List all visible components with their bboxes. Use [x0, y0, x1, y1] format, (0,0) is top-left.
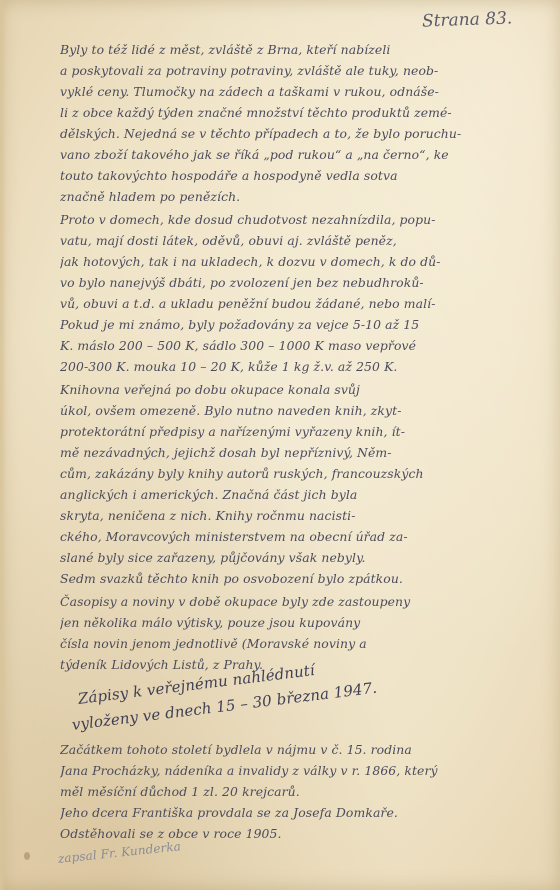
text-line: li z obce každý týden značné množství tě… [60, 105, 538, 120]
text-line: protektorátní předpisy a nařízenými vyřa… [60, 424, 538, 439]
text-line: touto takovýchto hospodáře a hospodyně v… [60, 168, 538, 183]
text-line: Časopisy a noviny v době okupace byly zd… [60, 594, 538, 609]
text-line: 200-300 K. mouka 10 – 20 K, kůže 1 kg ž.… [60, 359, 538, 374]
text-line: vů, obuvi a t.d. a ukladu peněžní budou … [60, 296, 538, 311]
text-line: K. máslo 200 – 500 K, sádlo 300 – 1000 K… [60, 338, 538, 353]
text-line: vano zboží takového jak se říká „pod ruk… [60, 147, 538, 162]
text-line: slané byly sice zařazeny, půjčovány však… [60, 550, 538, 565]
text-line: úkol, ovšem omezeně. Bylo nutno naveden … [60, 403, 538, 418]
text-line: skryta, neničena z nich. Knihy ročnmu na… [60, 508, 538, 523]
text-line: Pokud je mi známo, byly požadovány za ve… [60, 317, 538, 332]
text-line: Byly to též lidé z měst, zvláště z Brna,… [60, 42, 538, 57]
text-line: mě nezávadných, jejichž dosah byl nepříz… [60, 445, 538, 460]
text-line: Začátkem tohoto století bydlela v nájmu … [60, 742, 538, 757]
text-line: Jana Procházky, nádeníka a invalidy z vá… [60, 763, 538, 778]
page-number: Strana 83. [421, 8, 512, 31]
text-line: Proto v domech, kde dosud chudotvost nez… [60, 212, 538, 227]
text-line: Sedm svazků těchto knih po osvobození by… [60, 571, 538, 586]
text-line: cům, zakázány byly knihy autorů ruských,… [60, 466, 538, 481]
paper-stain [24, 852, 30, 860]
chronicle-page: Strana 83. Byly to též lidé z měst, zvlá… [0, 0, 560, 890]
text-line: vo bylo nanejvýš dbáti, po zvolození jen… [60, 275, 538, 290]
text-line: a poskytovali za potraviny potraviny, zv… [60, 63, 538, 78]
text-line: vatu, mají dosti látek, oděvů, obuvi aj.… [60, 233, 538, 248]
text-line: měl měsíční důchod 1 zl. 20 krejcarů. [60, 784, 538, 799]
text-line: Knihovna veřejná po dobu okupace konala … [60, 382, 538, 397]
text-line: vyklé ceny. Tlumočky na zádech a taškami… [60, 84, 538, 99]
text-line: značně hladem po penězích. [60, 189, 538, 204]
text-line: jak hotových, tak i na ukladech, k dozvu… [60, 254, 538, 269]
text-line: dělských. Nejedná se v těchto případech … [60, 126, 538, 141]
paper-edge [0, 0, 6, 890]
text-line: ckého, Moravcových ministerstvem na obec… [60, 529, 538, 544]
text-line: anglických i amerických. Značná část jic… [60, 487, 538, 502]
text-line: jen několika málo výtisky, pouze jsou ku… [60, 615, 538, 630]
